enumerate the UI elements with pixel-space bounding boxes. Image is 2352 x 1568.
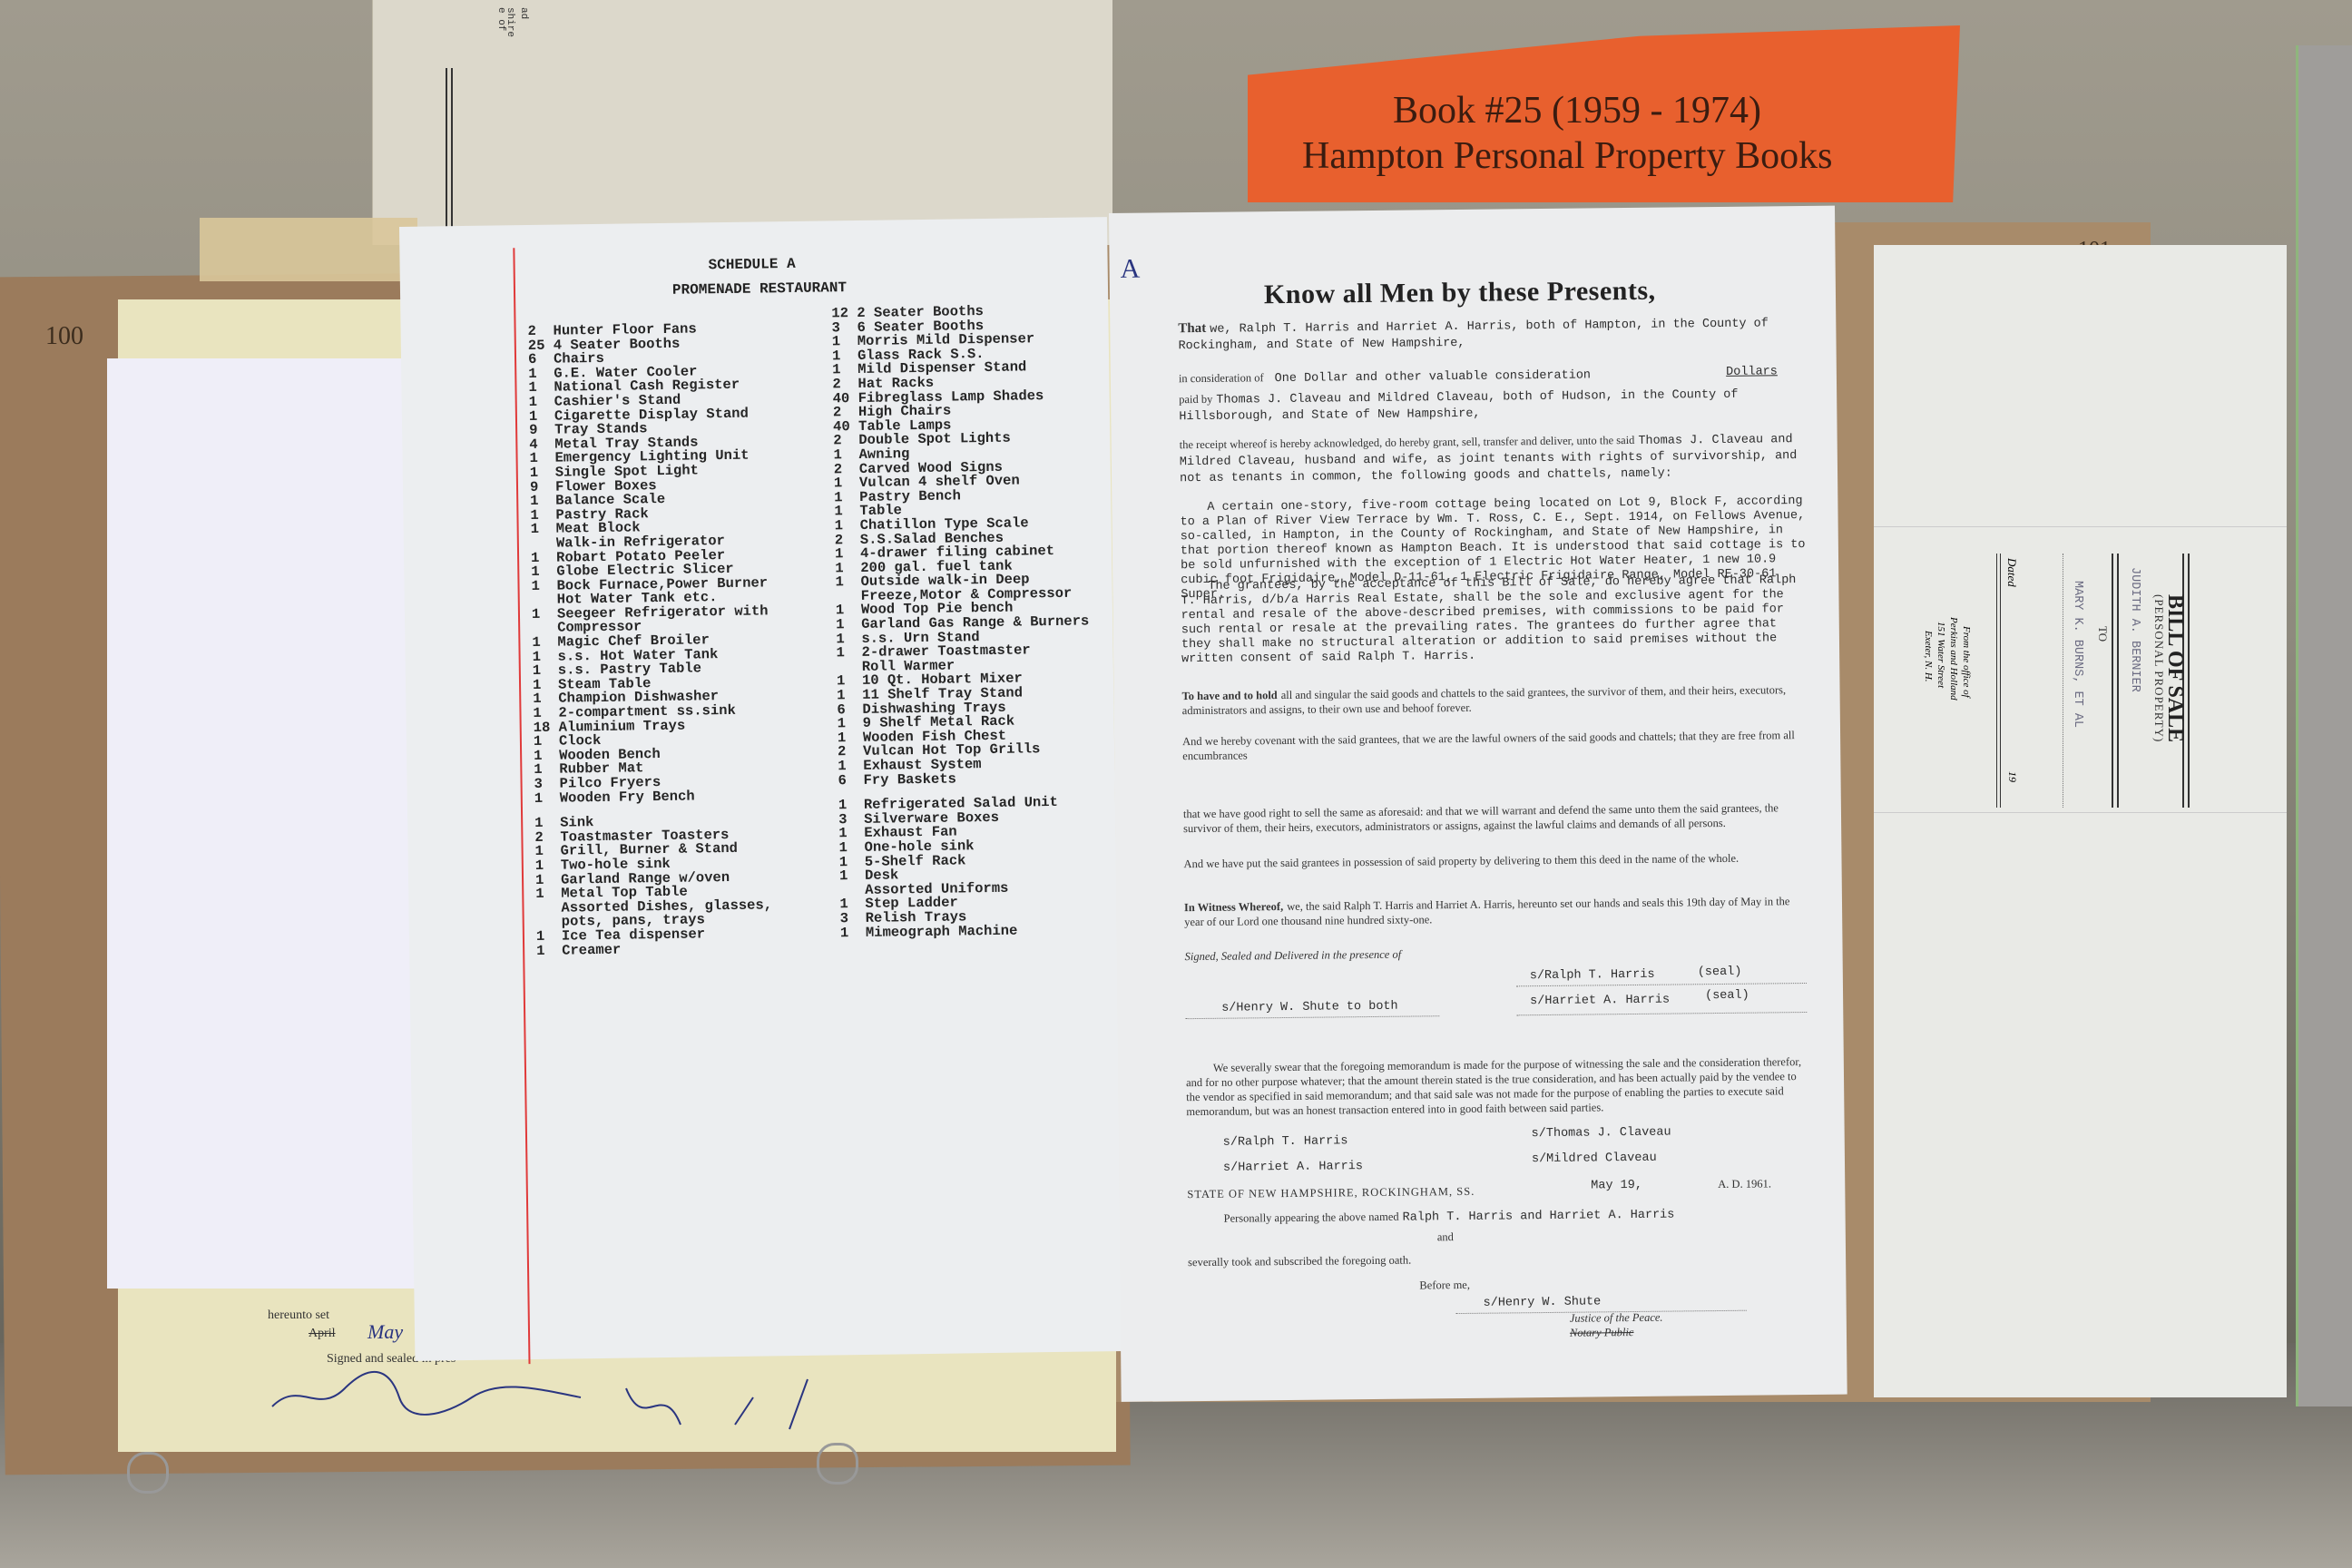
state-year: A. D. 1961.	[1718, 1177, 1771, 1191]
fold-line	[1874, 526, 2287, 527]
deed-title: Know all Men by these Presents,	[1264, 276, 1656, 311]
page-number-left: 100	[45, 322, 83, 351]
paid-by-label: paid by	[1179, 393, 1212, 406]
item-quantity: 1	[835, 575, 860, 590]
item-description: Mimeograph Machine	[866, 924, 1018, 940]
witness-label: In Witness Whereof,	[1184, 900, 1283, 914]
office-line-3: 151 Water Street	[1935, 622, 1946, 688]
tape-strip	[200, 218, 417, 281]
item-quantity: 1	[839, 869, 865, 884]
dated-year-prefix: 19	[2005, 771, 2019, 782]
cover-from: JUDITH A. BERNIER	[2128, 567, 2141, 692]
schedule-left-column: 2Hunter Floor Fans254 Seater Booths6Chai…	[528, 321, 773, 958]
handwritten-mark: A	[1120, 254, 1140, 285]
page-fragment: shire	[505, 7, 515, 37]
office-line-4: Exeter, N. H.	[1923, 631, 1934, 682]
covenant-warranty: that we have good right to sell the same…	[1183, 800, 1809, 836]
schedule-a-sheet: SCHEDULE A PROMENADE RESTAURANT 2Hunter …	[399, 217, 1122, 1361]
red-margin-line	[513, 248, 530, 1364]
jp-title: Justice of the Peace.	[1570, 1311, 1663, 1326]
covenant-ownership: And we hereby covenant with the said gra…	[1182, 728, 1808, 763]
item-quantity: 1	[532, 607, 557, 622]
item-quantity: 1	[531, 579, 556, 593]
receipt-text: the receipt whereof is hereby acknowledg…	[1180, 434, 1635, 451]
item-quantity: 1	[535, 887, 561, 902]
dated-label: Dated	[2004, 558, 2019, 587]
before-me-text: Before me,	[1419, 1279, 1470, 1293]
hereunto-text: hereunto set	[268, 1308, 329, 1323]
dotted-line	[2063, 554, 2063, 808]
office-line-2: Perkins and Holland	[1948, 617, 1959, 701]
cover-title: BILL OF SALE	[2162, 594, 2187, 742]
bill-of-sale-cover: BILL OF SALE (PERSONAL PROPERTY) JUDITH …	[1874, 245, 2287, 1397]
schedule-title: SCHEDULE A	[708, 256, 795, 273]
item-quantity: 1	[531, 523, 556, 537]
consideration-text: One Dollar and other valuable considerat…	[1275, 368, 1591, 386]
struck-month: April	[309, 1327, 336, 1341]
cover-subtitle: (PERSONAL PROPERTY)	[2151, 594, 2166, 742]
fold-line	[1874, 812, 2287, 813]
signature-line	[1185, 1015, 1439, 1019]
schedule-item: 1Creamer	[536, 941, 773, 958]
seal-1: (seal)	[1698, 965, 1742, 980]
blank-insert-sheet	[107, 358, 454, 1289]
appearing-names: Ralph T. Harris and Harriet A. Harris	[1403, 1209, 1675, 1225]
oath-signature-2: s/Harriet A. Harris	[1223, 1160, 1363, 1175]
oath-signature-3: s/Thomas J. Claveau	[1532, 1126, 1671, 1142]
item-quantity: 6	[838, 774, 863, 789]
state-date: May 19,	[1591, 1179, 1642, 1193]
binder-clip-icon	[817, 1443, 858, 1485]
office-line-1: From the office of	[1961, 626, 1972, 698]
covenant-possession: And we have put the said grantees in pos…	[1183, 850, 1809, 871]
dollars-text: Dollars	[1726, 365, 1778, 380]
schedule-right-column: 122 Seater Booths36 Seater Booths1Morris…	[831, 303, 1093, 940]
item-description: Wooden Fry Bench	[560, 789, 695, 806]
cover-to-label: TO	[2095, 626, 2110, 642]
item-quantity: 1	[536, 944, 562, 958]
that-label: That	[1178, 321, 1206, 336]
jp-signature: s/Henry W. Shute	[1484, 1295, 1602, 1309]
agency-clause: The grantees, by the acceptance of this …	[1181, 573, 1808, 667]
oath-text: We severally swear that the foregoing me…	[1186, 1054, 1813, 1119]
signed-in-presence: Signed, Sealed and Delivered in the pres…	[1184, 943, 1810, 964]
grantor-signature-2: s/Harriet A. Harris	[1530, 994, 1670, 1009]
seal-2: (seal)	[1705, 989, 1749, 1004]
cover-rule	[2112, 554, 2119, 808]
grantors-text: we, Ralph T. Harris and Harriet A. Harri…	[1178, 317, 1768, 353]
item-quantity: 1	[837, 646, 862, 661]
grantor-signature-1: s/Ralph T. Harris	[1530, 968, 1655, 983]
cover-to: MARY K. BURNS, ET AL	[2071, 581, 2084, 728]
page-fragment: ad	[518, 7, 529, 19]
appearing-text: Personally appearing the above named	[1224, 1210, 1399, 1225]
item-quantity: 1	[534, 791, 560, 806]
oath-signature-4: s/Mildred Claveau	[1532, 1151, 1657, 1166]
handwritten-month: May	[367, 1320, 403, 1344]
item-quantity: 1	[840, 926, 866, 940]
adjacent-card	[2296, 45, 2352, 1406]
oath-signature-1: s/Ralph T. Harris	[1223, 1134, 1348, 1149]
book-label-line2: Hampton Personal Property Books	[1302, 134, 1955, 178]
cover-rule	[1996, 554, 2001, 808]
and-word: and	[1437, 1230, 1454, 1244]
page-rule	[446, 68, 453, 236]
bill-of-sale-deed: A Know all Men by these Presents, That w…	[1109, 206, 1847, 1402]
consideration-label: in consideration of	[1179, 371, 1264, 385]
notary-struck: Notary Public	[1570, 1326, 1634, 1340]
schedule-item: 1Mimeograph Machine	[840, 923, 1093, 940]
handwritten-signature	[263, 1361, 880, 1434]
signature-line	[1516, 983, 1807, 986]
state-venue: STATE OF NEW HAMPSHIRE, ROCKINGHAM, SS.	[1187, 1185, 1475, 1201]
paid-by-text: Thomas J. Claveau and Mildred Claveau, b…	[1179, 388, 1738, 424]
item-quantity	[535, 901, 561, 916]
habendum-label: To have and to hold	[1182, 689, 1278, 702]
top-folded-page: e of ad shire	[372, 0, 1112, 245]
witness-signature: s/Henry W. Shute to both	[1221, 1000, 1398, 1015]
item-description: Creamer	[562, 943, 621, 958]
severally-text: severally took and subscribed the forego…	[1188, 1254, 1411, 1270]
signature-line	[1516, 1012, 1807, 1015]
book-label-line1: Book #25 (1959 - 1974)	[1393, 89, 1901, 132]
binder-clip-icon	[127, 1452, 169, 1494]
schedule-subtitle: PROMENADE RESTAURANT	[672, 279, 847, 299]
item-description: Fry Baskets	[863, 772, 956, 788]
